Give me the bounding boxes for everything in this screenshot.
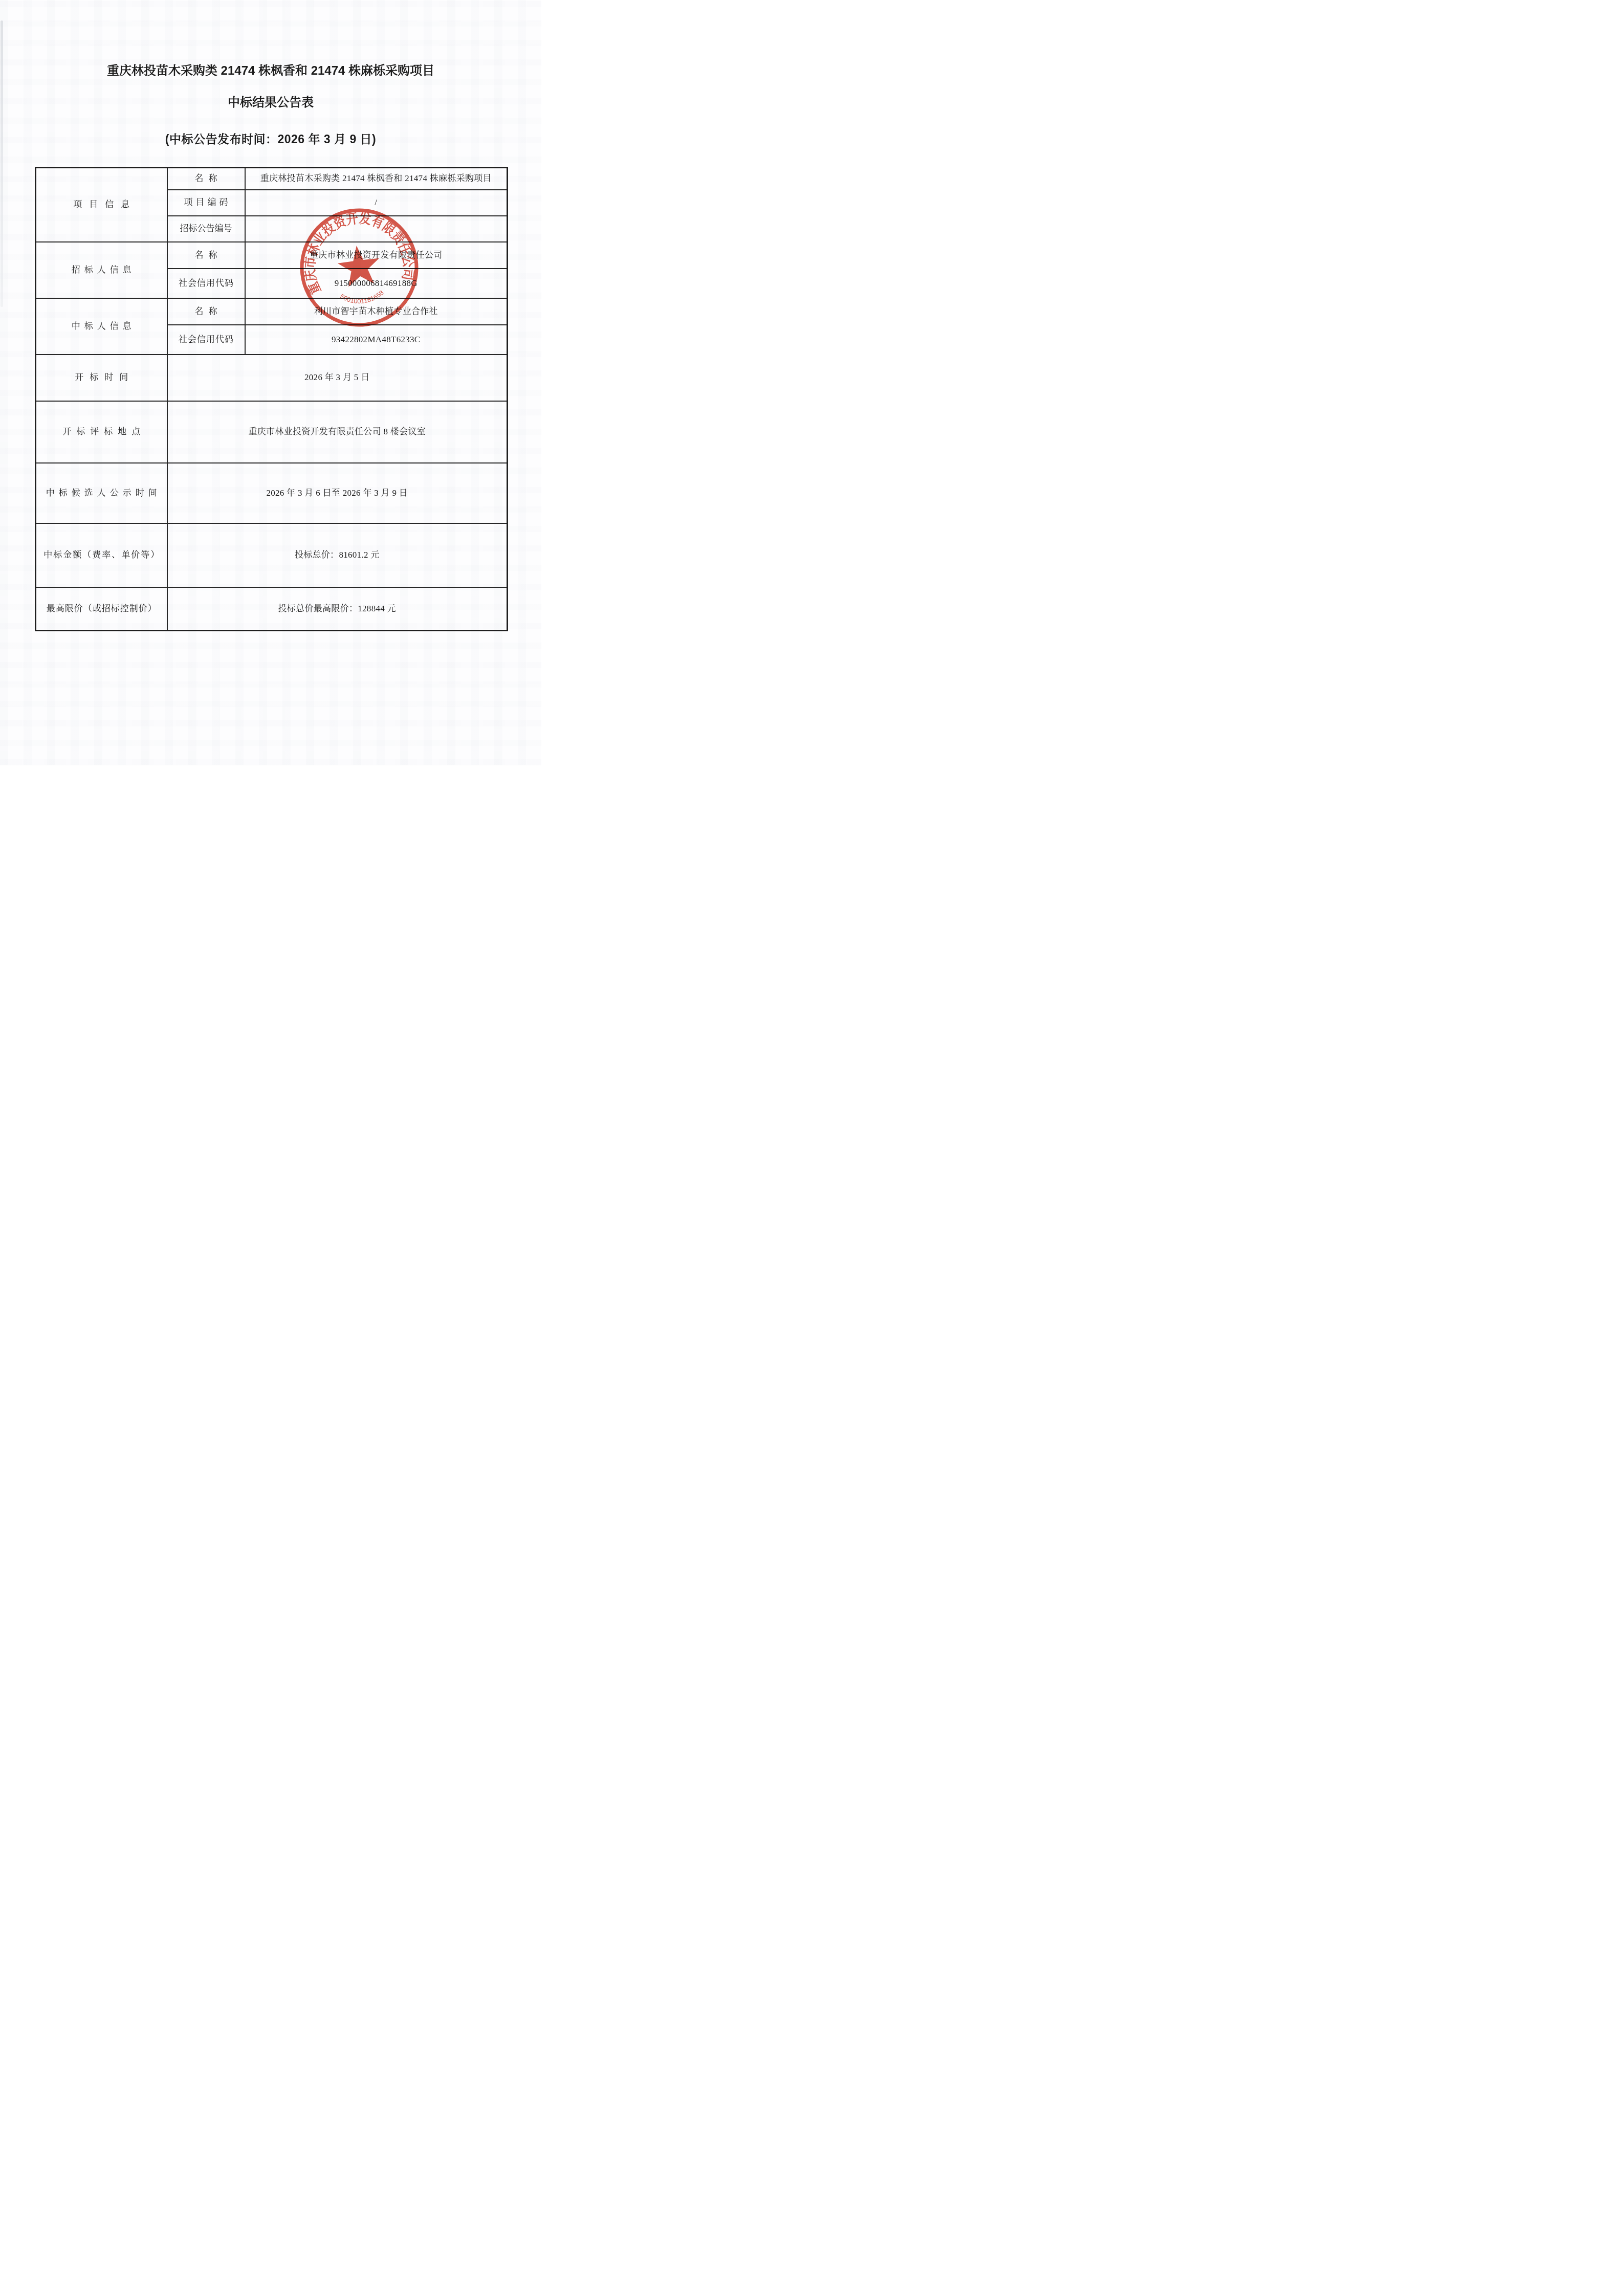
value-cell-tenderer-credit-code: 91500000681469188G bbox=[245, 269, 508, 298]
group-label: 中标人信息 bbox=[72, 320, 136, 333]
value-cell-project-code: / bbox=[245, 190, 508, 216]
table-row: 项目信息 名称 重庆林投苗木采购类 21474 株枫香和 21474 株麻栎采购… bbox=[36, 168, 508, 190]
scanned-announcement-page: 重庆林投苗木采购类 21474 株枫香和 21474 株麻栎采购项目 中标结果公… bbox=[0, 0, 541, 765]
label-cell-credit-code: 社会信用代码 bbox=[167, 269, 245, 298]
label-cell-winning-amount: 中标金额（费率、单价等） bbox=[36, 523, 167, 587]
group-label: 项目信息 bbox=[73, 198, 137, 211]
bid-result-table: 项目信息 名称 重庆林投苗木采购类 21474 株枫香和 21474 株麻栎采购… bbox=[35, 167, 508, 631]
value-cell-bid-opening-time: 2026 年 3 月 5 日 bbox=[167, 355, 508, 401]
group-cell-winner-info: 中标人信息 bbox=[36, 298, 167, 355]
group-cell-project-info: 项目信息 bbox=[36, 168, 167, 242]
label-cell-credit-code: 社会信用代码 bbox=[167, 325, 245, 355]
value-cell-winning-amount: 投标总价：81601.2 元 bbox=[167, 523, 508, 587]
table-row: 中标候选人公示时间 2026 年 3 月 6 日至 2026 年 3 月 9 日 bbox=[36, 463, 508, 523]
label-cell-tender-notice-no: 招标公告编号 bbox=[167, 216, 245, 242]
value-cell-max-price: 投标总价最高限价：128844 元 bbox=[167, 587, 508, 631]
document-title-line1: 重庆林投苗木采购类 21474 株枫香和 21474 株麻栎采购项目 bbox=[0, 60, 541, 78]
table-row: 招标人信息 名称 重庆市林业投资开发有限责任公司 bbox=[36, 242, 508, 269]
row-label: 项目编码 bbox=[184, 196, 231, 209]
document-title-line2: 中标结果公告表 bbox=[0, 92, 541, 110]
label-cell-candidate-publicity-period: 中标候选人公示时间 bbox=[36, 463, 167, 523]
row-label: 开标时间 bbox=[75, 371, 134, 384]
row-label: 社会信用代码 bbox=[179, 334, 234, 346]
value-cell-tender-notice-no bbox=[245, 216, 508, 242]
table-row: 开标评标地点 重庆市林业投资开发有限责任公司 8 楼会议室 bbox=[36, 401, 508, 463]
label-cell-bid-opening-time: 开标时间 bbox=[36, 355, 167, 401]
value-cell-winner-name: 利川市智宇苗木种植专业合作社 bbox=[245, 298, 508, 325]
table-row: 中标金额（费率、单价等） 投标总价：81601.2 元 bbox=[36, 523, 508, 587]
value-cell-bid-opening-place: 重庆市林业投资开发有限责任公司 8 楼会议室 bbox=[167, 401, 508, 463]
table-row: 开标时间 2026 年 3 月 5 日 bbox=[36, 355, 508, 401]
value-cell-candidate-publicity-period: 2026 年 3 月 6 日至 2026 年 3 月 9 日 bbox=[167, 463, 508, 523]
value-cell-winner-credit-code: 93422802MA48T6233C bbox=[245, 325, 508, 355]
value-cell-tenderer-name: 重庆市林业投资开发有限责任公司 bbox=[245, 242, 508, 269]
row-label: 招标公告编号 bbox=[180, 223, 232, 235]
group-cell-tenderer-info: 招标人信息 bbox=[36, 242, 167, 298]
label-cell-project-code: 项目编码 bbox=[167, 190, 245, 216]
table-row: 中标人信息 名称 利川市智宇苗木种植专业合作社 bbox=[36, 298, 508, 325]
label-cell-name: 名称 bbox=[167, 298, 245, 325]
label-cell-max-price: 最高限价（或招标控制价） bbox=[36, 587, 167, 631]
publish-date-subtitle: (中标公告发布时间：2026 年 3 月 9 日) bbox=[0, 130, 541, 147]
row-label: 中标金额（费率、单价等） bbox=[43, 549, 160, 561]
group-label: 招标人信息 bbox=[72, 264, 136, 276]
row-label: 名称 bbox=[195, 305, 223, 318]
label-cell-name: 名称 bbox=[167, 168, 245, 190]
row-label: 开标评标地点 bbox=[62, 426, 145, 438]
value-cell-project-name: 重庆林投苗木采购类 21474 株枫香和 21474 株麻栎采购项目 bbox=[245, 168, 508, 190]
row-label: 名称 bbox=[195, 249, 223, 261]
row-label: 最高限价（或招标控制价） bbox=[47, 603, 157, 615]
label-cell-bid-opening-place: 开标评标地点 bbox=[36, 401, 167, 463]
label-cell-name: 名称 bbox=[167, 242, 245, 269]
table-row: 最高限价（或招标控制价） 投标总价最高限价：128844 元 bbox=[36, 587, 508, 631]
row-label: 名称 bbox=[195, 172, 223, 185]
row-label: 中标候选人公示时间 bbox=[46, 487, 161, 499]
row-label: 社会信用代码 bbox=[179, 277, 234, 290]
